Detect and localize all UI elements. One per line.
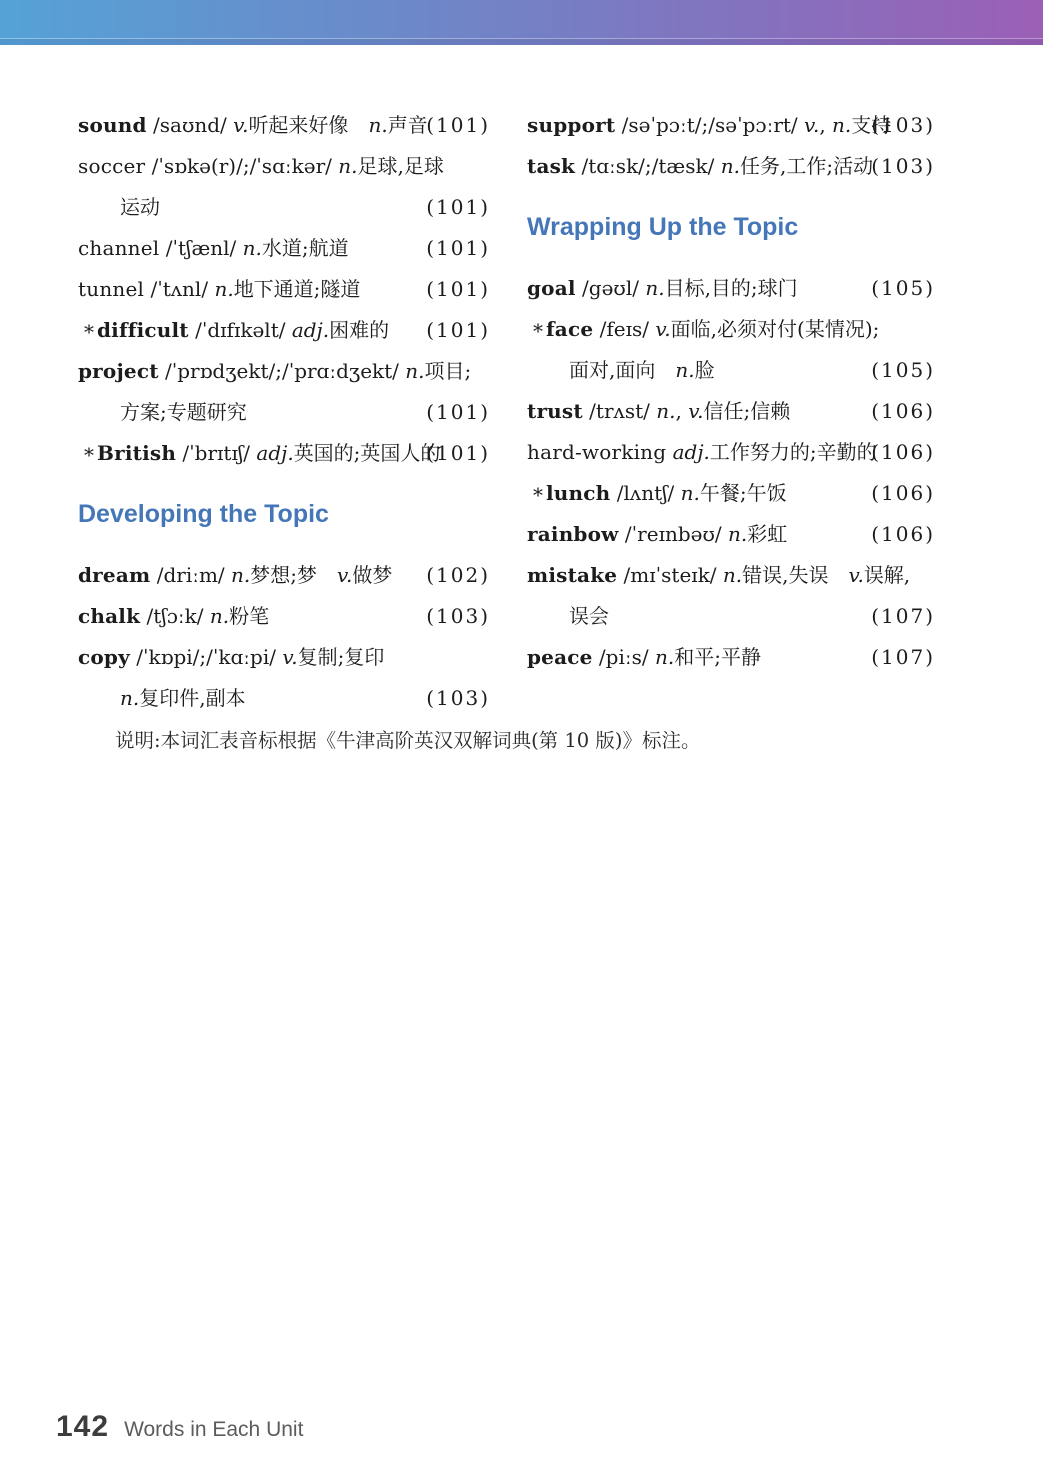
page-reference: (101) bbox=[426, 392, 490, 433]
entry-word: hard-working bbox=[527, 440, 666, 464]
page-reference: (101) bbox=[426, 310, 490, 351]
entry-line: 运动(101) bbox=[78, 187, 490, 228]
entry-line: hard-working adj.工作努力的;辛勤的(106) bbox=[527, 432, 935, 473]
entry-definition: /ˈprɒdʒekt/;/ˈprɑːdʒekt/ n.项目; bbox=[159, 359, 472, 383]
entry-line: mistake /mɪˈsteɪk/ n.错误,失误 v.误解, bbox=[527, 555, 935, 596]
entry-word: soccer bbox=[78, 154, 145, 178]
entry-word: dream bbox=[78, 563, 150, 587]
entry-definition: /piːs/ n.和平;平静 bbox=[593, 645, 761, 669]
entry-word: British bbox=[97, 441, 176, 465]
entry-line: *face /feɪs/ v.面临,必须对付(某情况); bbox=[527, 309, 935, 350]
entry-line: sound /saʊnd/ v.听起来好像 n.声音(101) bbox=[78, 105, 490, 146]
entry-word: lunch bbox=[546, 481, 610, 505]
entry-word: trust bbox=[527, 399, 583, 423]
entry-definition: /ˈbrɪtɪʃ/ adj.英国的;英国人的 bbox=[176, 441, 440, 465]
entry-line: 误会(107) bbox=[527, 596, 935, 637]
star-marker: * bbox=[533, 475, 543, 516]
vocabulary-list: sound /saʊnd/ v.听起来好像 n.声音(101)soccer /ˈ… bbox=[0, 45, 1043, 719]
right-column: support /səˈpɔːt/;/səˈpɔːrt/ v., n.支持(10… bbox=[527, 105, 935, 719]
entry-line: peace /piːs/ n.和平;平静(107) bbox=[527, 637, 935, 678]
entry-line: copy /ˈkɒpi/;/ˈkɑːpi/ v.复制;复印 bbox=[78, 637, 490, 678]
page-reference: (103) bbox=[426, 596, 490, 637]
entry-line: n.复印件,副本(103) bbox=[78, 678, 490, 719]
star-marker: * bbox=[84, 312, 94, 353]
entry-definition: /feɪs/ v.面临,必须对付(某情况); bbox=[593, 317, 879, 341]
page-reference: (106) bbox=[871, 514, 935, 555]
entry-definition: /ˈtʃænl/ n.水道;航道 bbox=[159, 236, 348, 260]
entry-definition: /ˈreɪnbəʊ/ n.彩虹 bbox=[619, 522, 788, 546]
entry-definition: 误会 bbox=[569, 604, 609, 628]
page-footer: 142 Words in Each Unit bbox=[56, 1410, 303, 1444]
entry-definition: /trʌst/ n., v.信任;信赖 bbox=[583, 399, 790, 423]
entry-line: 方案;专题研究(101) bbox=[78, 392, 490, 433]
entry-word: peace bbox=[527, 645, 593, 669]
entry-line: chalk /tʃɔːk/ n.粉笔(103) bbox=[78, 596, 490, 637]
page-reference: (103) bbox=[871, 146, 935, 187]
page-reference: (106) bbox=[871, 432, 935, 473]
entry-definition: /tɑːsk/;/tæsk/ n.任务,工作;活动 bbox=[575, 154, 873, 178]
entry-line: channel /ˈtʃænl/ n.水道;航道(101) bbox=[78, 228, 490, 269]
entry-line: support /səˈpɔːt/;/səˈpɔːrt/ v., n.支持(10… bbox=[527, 105, 935, 146]
entry-line: dream /driːm/ n.梦想;梦 v.做梦(102) bbox=[78, 555, 490, 596]
entry-line: rainbow /ˈreɪnbəʊ/ n.彩虹(106) bbox=[527, 514, 935, 555]
entry-line: task /tɑːsk/;/tæsk/ n.任务,工作;活动(103) bbox=[527, 146, 935, 187]
entry-definition: /ˈsɒkə(r)/;/ˈsɑːkər/ n.足球,足球 bbox=[145, 154, 444, 178]
entry-definition: n.复印件,副本 bbox=[120, 686, 246, 710]
entry-definition: /ˈtʌnl/ n.地下通道;隧道 bbox=[144, 277, 360, 301]
page-reference: (106) bbox=[871, 473, 935, 514]
entry-line: project /ˈprɒdʒekt/;/ˈprɑːdʒekt/ n.项目; bbox=[78, 351, 490, 392]
entry-line: *British /ˈbrɪtɪʃ/ adj.英国的;英国人的(101) bbox=[78, 433, 490, 474]
entry-definition: /ˈkɒpi/;/ˈkɑːpi/ v.复制;复印 bbox=[130, 645, 384, 669]
page-reference: (105) bbox=[871, 268, 935, 309]
page-reference: (103) bbox=[871, 105, 935, 146]
entry-line: *lunch /lʌntʃ/ n.午餐;午饭(106) bbox=[527, 473, 935, 514]
textbook-page: sound /saʊnd/ v.听起来好像 n.声音(101)soccer /ˈ… bbox=[0, 0, 1043, 1474]
page-reference: (105) bbox=[871, 350, 935, 391]
entry-definition: /ˈdɪfɪkəlt/ adj.困难的 bbox=[189, 318, 389, 342]
entry-definition: adj.工作努力的;辛勤的 bbox=[666, 440, 876, 464]
entry-word: channel bbox=[78, 236, 159, 260]
page-reference: (107) bbox=[871, 596, 935, 637]
entry-line: tunnel /ˈtʌnl/ n.地下通道;隧道(101) bbox=[78, 269, 490, 310]
entry-definition: /tʃɔːk/ n.粉笔 bbox=[140, 604, 269, 628]
entry-word: sound bbox=[78, 113, 147, 137]
entry-line: trust /trʌst/ n., v.信任;信赖(106) bbox=[527, 391, 935, 432]
entry-word: copy bbox=[78, 645, 130, 669]
entry-word: mistake bbox=[527, 563, 617, 587]
section-heading: Wrapping Up the Topic bbox=[527, 207, 935, 247]
entry-line: goal /gəʊl/ n.目标,目的;球门(105) bbox=[527, 268, 935, 309]
section-heading: Developing the Topic bbox=[78, 494, 490, 534]
page-number: 142 bbox=[56, 1410, 109, 1444]
entry-definition: /səˈpɔːt/;/səˈpɔːrt/ v., n.支持 bbox=[615, 113, 891, 137]
entry-definition: /mɪˈsteɪk/ n.错误,失误 v.误解, bbox=[617, 563, 910, 587]
page-reference: (103) bbox=[426, 678, 490, 719]
entry-definition: 方案;专题研究 bbox=[120, 400, 247, 424]
page-reference: (106) bbox=[871, 391, 935, 432]
entry-definition: 面对,面向 n.脸 bbox=[569, 358, 715, 382]
page-reference: (101) bbox=[426, 228, 490, 269]
entry-definition: /gəʊl/ n.目标,目的;球门 bbox=[576, 276, 798, 300]
page-reference: (107) bbox=[871, 637, 935, 678]
entry-definition: /lʌntʃ/ n.午餐;午饭 bbox=[610, 481, 786, 505]
star-marker: * bbox=[533, 311, 543, 352]
header-gradient-bar bbox=[0, 0, 1043, 45]
left-column: sound /saʊnd/ v.听起来好像 n.声音(101)soccer /ˈ… bbox=[78, 105, 490, 719]
entry-word: tunnel bbox=[78, 277, 144, 301]
entry-word: goal bbox=[527, 276, 576, 300]
page-reference: (101) bbox=[426, 269, 490, 310]
entry-word: difficult bbox=[97, 318, 189, 342]
entry-definition: 运动 bbox=[120, 195, 160, 219]
page-reference: (101) bbox=[426, 433, 490, 474]
footer-label: Words in Each Unit bbox=[124, 1418, 303, 1442]
entry-word: task bbox=[527, 154, 575, 178]
entry-word: chalk bbox=[78, 604, 140, 628]
entry-line: *difficult /ˈdɪfɪkəlt/ adj.困难的(101) bbox=[78, 310, 490, 351]
entry-word: face bbox=[546, 317, 593, 341]
star-marker: * bbox=[84, 435, 94, 476]
page-reference: (101) bbox=[426, 105, 490, 146]
page-reference: (102) bbox=[426, 555, 490, 596]
entry-definition: /driːm/ n.梦想;梦 v.做梦 bbox=[150, 563, 392, 587]
entry-word: support bbox=[527, 113, 615, 137]
entry-line: soccer /ˈsɒkə(r)/;/ˈsɑːkər/ n.足球,足球 bbox=[78, 146, 490, 187]
page-reference: (101) bbox=[426, 187, 490, 228]
note-text: 说明:本词汇表音标根据《牛津高阶英汉双解词典(第 10 版)》标注。 bbox=[0, 725, 1043, 753]
entry-line: 面对,面向 n.脸(105) bbox=[527, 350, 935, 391]
entry-word: project bbox=[78, 359, 159, 383]
entry-word: rainbow bbox=[527, 522, 619, 546]
entry-definition: /saʊnd/ v.听起来好像 n.声音 bbox=[147, 113, 428, 137]
